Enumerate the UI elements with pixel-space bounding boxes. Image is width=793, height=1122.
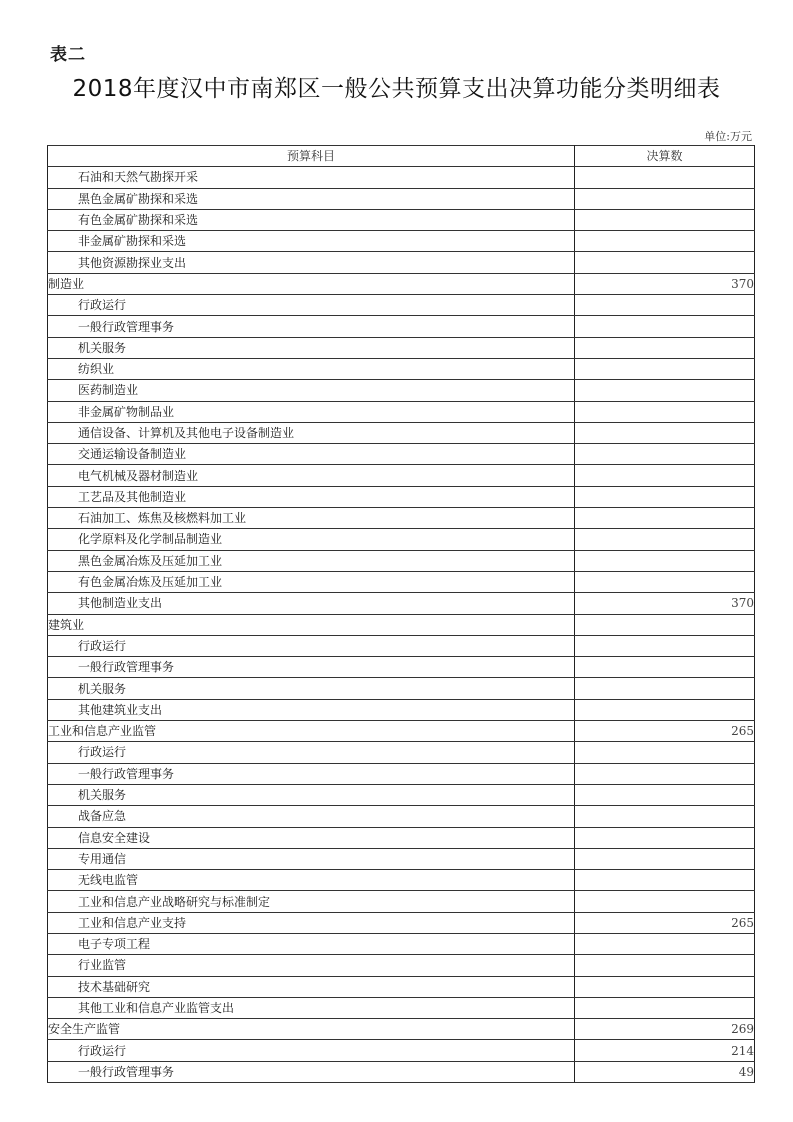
final-amount-cell bbox=[575, 976, 755, 997]
table-row: 无线电监管 bbox=[48, 870, 755, 891]
subcategory-name: 工业和信息产业战略研究与标准制定 bbox=[48, 891, 575, 912]
final-amount-cell bbox=[575, 678, 755, 699]
subcategory-name: 行业监管 bbox=[48, 955, 575, 976]
subcategory-name: 战备应急 bbox=[48, 806, 575, 827]
table-header-row: 预算科目 决算数 bbox=[48, 146, 755, 167]
table-row: 通信设备、计算机及其他电子设备制造业 bbox=[48, 422, 755, 443]
final-amount-cell bbox=[575, 806, 755, 827]
table-row: 行业监管 bbox=[48, 955, 755, 976]
category-name: 安全生产监管 bbox=[48, 1019, 575, 1040]
table-row: 有色金属冶炼及压延加工业 bbox=[48, 571, 755, 592]
final-amount-cell bbox=[575, 742, 755, 763]
subcategory-name: 一般行政管理事务 bbox=[48, 1061, 575, 1082]
final-amount-cell: 370 bbox=[575, 273, 755, 294]
subcategory-name: 行政运行 bbox=[48, 1040, 575, 1061]
subcategory-name: 无线电监管 bbox=[48, 870, 575, 891]
subcategory-name: 非金属矿勘探和采选 bbox=[48, 231, 575, 252]
subcategory-name: 机关服务 bbox=[48, 784, 575, 805]
final-amount-cell bbox=[575, 252, 755, 273]
subcategory-name: 行政运行 bbox=[48, 295, 575, 316]
final-amount-cell bbox=[575, 316, 755, 337]
table-row: 建筑业 bbox=[48, 614, 755, 635]
final-amount-cell bbox=[575, 614, 755, 635]
table-row: 行政运行 bbox=[48, 635, 755, 656]
table-row: 行政运行 bbox=[48, 295, 755, 316]
final-amount-cell bbox=[575, 508, 755, 529]
subcategory-name: 机关服务 bbox=[48, 337, 575, 358]
page-title: 2018年度汉中市南郑区一般公共预算支出决算功能分类明细表 bbox=[0, 70, 793, 103]
subcategory-name: 其他建筑业支出 bbox=[48, 699, 575, 720]
final-amount-cell bbox=[575, 231, 755, 252]
subcategory-name: 机关服务 bbox=[48, 678, 575, 699]
subcategory-name: 电气机械及器材制造业 bbox=[48, 465, 575, 486]
table-row: 机关服务 bbox=[48, 784, 755, 805]
budget-table: 预算科目 决算数 石油和天然气勘探开采黑色金属矿勘探和采选有色金属矿勘探和采选非… bbox=[47, 145, 755, 1083]
final-amount-cell bbox=[575, 486, 755, 507]
final-amount-cell bbox=[575, 635, 755, 656]
subcategory-name: 石油和天然气勘探开采 bbox=[48, 167, 575, 188]
final-amount-cell bbox=[575, 465, 755, 486]
table-row: 非金属矿勘探和采选 bbox=[48, 231, 755, 252]
subcategory-name: 其他资源勘探业支出 bbox=[48, 252, 575, 273]
table-row: 安全生产监管269 bbox=[48, 1019, 755, 1040]
table-body: 石油和天然气勘探开采黑色金属矿勘探和采选有色金属矿勘探和采选非金属矿勘探和采选其… bbox=[48, 167, 755, 1083]
final-amount-cell bbox=[575, 657, 755, 678]
header-final-amount: 决算数 bbox=[575, 146, 755, 167]
table-row: 其他建筑业支出 bbox=[48, 699, 755, 720]
final-amount-cell bbox=[575, 571, 755, 592]
final-amount-cell: 265 bbox=[575, 912, 755, 933]
final-amount-cell bbox=[575, 167, 755, 188]
subcategory-name: 交通运输设备制造业 bbox=[48, 444, 575, 465]
final-amount-cell bbox=[575, 699, 755, 720]
category-name: 制造业 bbox=[48, 273, 575, 294]
final-amount-cell: 265 bbox=[575, 721, 755, 742]
subcategory-name: 其他工业和信息产业监管支出 bbox=[48, 997, 575, 1018]
subcategory-name: 一般行政管理事务 bbox=[48, 763, 575, 784]
subcategory-name: 行政运行 bbox=[48, 742, 575, 763]
subcategory-name: 一般行政管理事务 bbox=[48, 316, 575, 337]
subcategory-name: 工业和信息产业支持 bbox=[48, 912, 575, 933]
table-row: 一般行政管理事务 bbox=[48, 657, 755, 678]
subcategory-name: 非金属矿物制品业 bbox=[48, 401, 575, 422]
table-row: 行政运行 bbox=[48, 742, 755, 763]
subcategory-name: 化学原料及化学制品制造业 bbox=[48, 529, 575, 550]
final-amount-cell bbox=[575, 358, 755, 379]
table-row: 工业和信息产业战略研究与标准制定 bbox=[48, 891, 755, 912]
final-amount-cell bbox=[575, 550, 755, 571]
table-row: 黑色金属冶炼及压延加工业 bbox=[48, 550, 755, 571]
subcategory-name: 其他制造业支出 bbox=[48, 593, 575, 614]
table-row: 行政运行214 bbox=[48, 1040, 755, 1061]
subcategory-name: 电子专项工程 bbox=[48, 933, 575, 954]
subcategory-name: 信息安全建设 bbox=[48, 827, 575, 848]
table-row: 工业和信息产业支持265 bbox=[48, 912, 755, 933]
final-amount-cell bbox=[575, 529, 755, 550]
table-row: 纺织业 bbox=[48, 358, 755, 379]
category-name: 工业和信息产业监管 bbox=[48, 721, 575, 742]
subcategory-name: 有色金属矿勘探和采选 bbox=[48, 209, 575, 230]
subcategory-name: 黑色金属冶炼及压延加工业 bbox=[48, 550, 575, 571]
subcategory-name: 专用通信 bbox=[48, 848, 575, 869]
subcategory-name: 有色金属冶炼及压延加工业 bbox=[48, 571, 575, 592]
subcategory-name: 一般行政管理事务 bbox=[48, 657, 575, 678]
unit-label: 单位:万元 bbox=[704, 128, 752, 144]
table-row: 非金属矿物制品业 bbox=[48, 401, 755, 422]
final-amount-cell bbox=[575, 784, 755, 805]
subcategory-name: 黑色金属矿勘探和采选 bbox=[48, 188, 575, 209]
final-amount-cell bbox=[575, 337, 755, 358]
table-row: 工艺品及其他制造业 bbox=[48, 486, 755, 507]
table-row: 医药制造业 bbox=[48, 380, 755, 401]
table-row: 其他工业和信息产业监管支出 bbox=[48, 997, 755, 1018]
subcategory-name: 行政运行 bbox=[48, 635, 575, 656]
header-budget-item: 预算科目 bbox=[48, 146, 575, 167]
table-row: 电气机械及器材制造业 bbox=[48, 465, 755, 486]
subcategory-name: 通信设备、计算机及其他电子设备制造业 bbox=[48, 422, 575, 443]
table-row: 机关服务 bbox=[48, 337, 755, 358]
table-row: 交通运输设备制造业 bbox=[48, 444, 755, 465]
table-row: 石油和天然气勘探开采 bbox=[48, 167, 755, 188]
subcategory-name: 石油加工、炼焦及核燃料加工业 bbox=[48, 508, 575, 529]
final-amount-cell bbox=[575, 209, 755, 230]
table-row: 电子专项工程 bbox=[48, 933, 755, 954]
final-amount-cell bbox=[575, 444, 755, 465]
table-row: 技术基础研究 bbox=[48, 976, 755, 997]
subcategory-name: 纺织业 bbox=[48, 358, 575, 379]
final-amount-cell bbox=[575, 933, 755, 954]
final-amount-cell bbox=[575, 763, 755, 784]
final-amount-cell bbox=[575, 188, 755, 209]
final-amount-cell bbox=[575, 848, 755, 869]
table-label: 表二 bbox=[50, 40, 86, 65]
final-amount-cell: 269 bbox=[575, 1019, 755, 1040]
final-amount-cell: 214 bbox=[575, 1040, 755, 1061]
table-row: 化学原料及化学制品制造业 bbox=[48, 529, 755, 550]
subcategory-name: 工艺品及其他制造业 bbox=[48, 486, 575, 507]
table-row: 有色金属矿勘探和采选 bbox=[48, 209, 755, 230]
final-amount-cell: 49 bbox=[575, 1061, 755, 1082]
final-amount-cell: 370 bbox=[575, 593, 755, 614]
table-row: 黑色金属矿勘探和采选 bbox=[48, 188, 755, 209]
subcategory-name: 技术基础研究 bbox=[48, 976, 575, 997]
table-row: 石油加工、炼焦及核燃料加工业 bbox=[48, 508, 755, 529]
table-row: 信息安全建设 bbox=[48, 827, 755, 848]
final-amount-cell bbox=[575, 955, 755, 976]
table-row: 一般行政管理事务 bbox=[48, 763, 755, 784]
final-amount-cell bbox=[575, 422, 755, 443]
final-amount-cell bbox=[575, 827, 755, 848]
table-row: 一般行政管理事务49 bbox=[48, 1061, 755, 1082]
table-row: 一般行政管理事务 bbox=[48, 316, 755, 337]
table-row: 机关服务 bbox=[48, 678, 755, 699]
table-row: 专用通信 bbox=[48, 848, 755, 869]
final-amount-cell bbox=[575, 891, 755, 912]
final-amount-cell bbox=[575, 295, 755, 316]
table-row: 工业和信息产业监管265 bbox=[48, 721, 755, 742]
final-amount-cell bbox=[575, 401, 755, 422]
category-name: 建筑业 bbox=[48, 614, 575, 635]
table-row: 战备应急 bbox=[48, 806, 755, 827]
table-row: 其他资源勘探业支出 bbox=[48, 252, 755, 273]
table-row: 制造业370 bbox=[48, 273, 755, 294]
final-amount-cell bbox=[575, 997, 755, 1018]
final-amount-cell bbox=[575, 380, 755, 401]
table-row: 其他制造业支出370 bbox=[48, 593, 755, 614]
subcategory-name: 医药制造业 bbox=[48, 380, 575, 401]
final-amount-cell bbox=[575, 870, 755, 891]
